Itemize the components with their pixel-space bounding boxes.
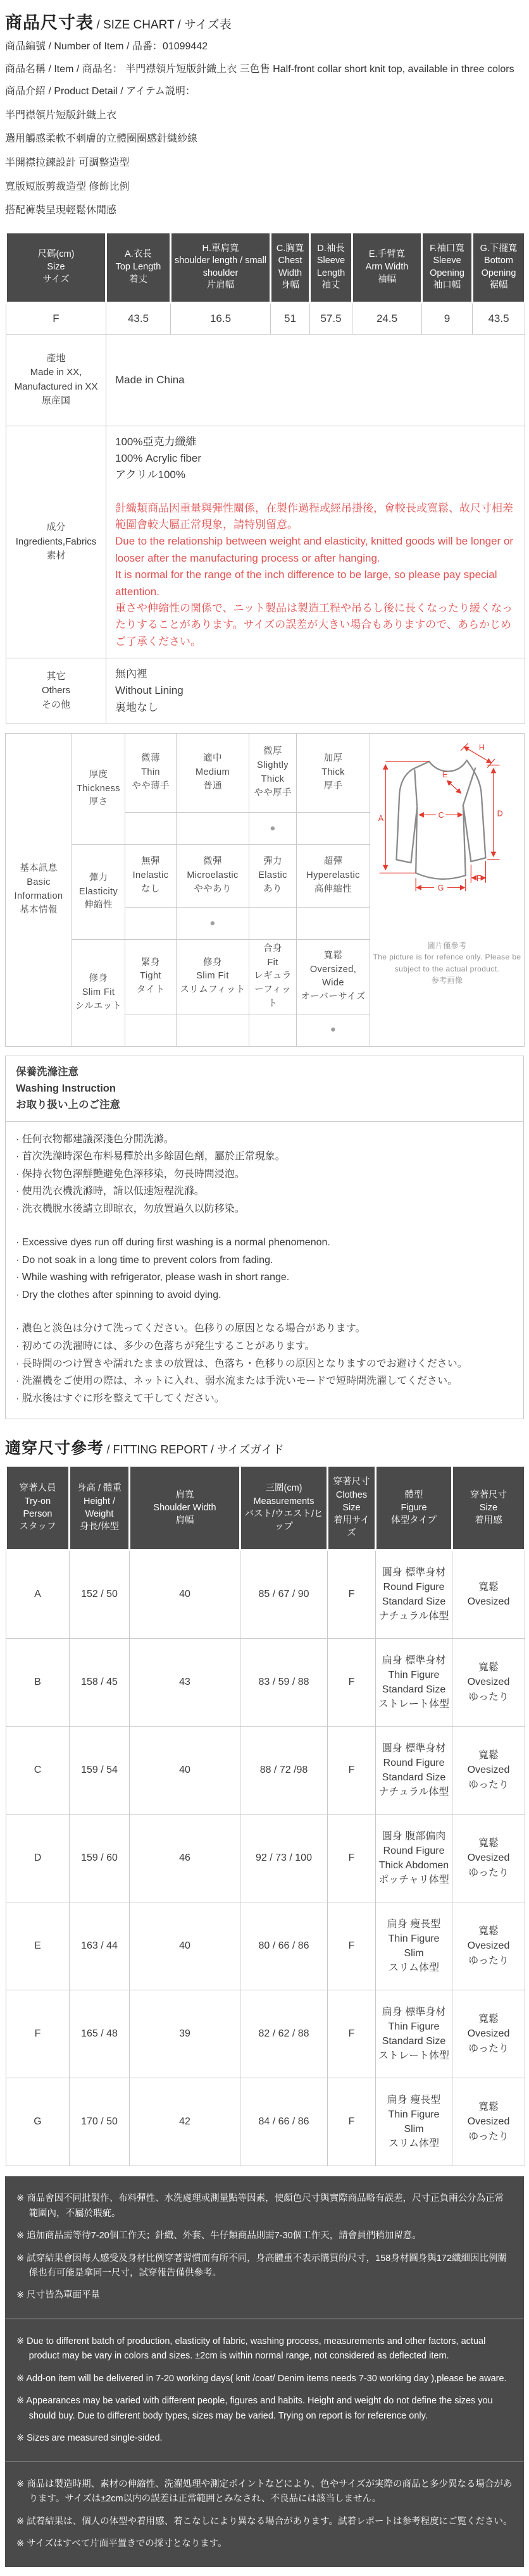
fitting-cell: 扁身 標準身材 Thin Figure Standard Size ストレート体… [376, 1639, 452, 1727]
measure-letter-h: H [478, 743, 484, 752]
footer-note: ※ 尺寸皆為單面平量 [16, 2288, 513, 2303]
silhouette-option-slim: 修身 Slim Fit スリムフィット [177, 939, 249, 1014]
fitting-cell: 159 / 54 [70, 1727, 130, 1815]
fitting-header-person: 穿著人員 Try-on Person スタッフ [6, 1466, 70, 1550]
washing-instructions-box: 保養洗滌注意 Washing Instruction お取り扱い上のご注意 · … [5, 1056, 524, 1419]
fitting-cell: 84 / 66 / 86 [240, 2078, 328, 2166]
size-value-chest: 51 [271, 302, 310, 334]
silhouette-dot-oversized: ● [297, 1014, 370, 1046]
product-detail-heading: 商品介紹 / Product Detail / アイテム説明： [5, 81, 524, 102]
size-value-size: F [6, 302, 106, 334]
page-title-translations: / SIZE CHART / サイズ表 [96, 18, 231, 32]
footer-note: ※ 商品は製造時期、素材の伸縮性、洗濯処理や測定ポイントなどにより、色やサイズが… [16, 2477, 513, 2507]
fitting-cell: 40 [130, 1550, 240, 1639]
fitting-cell: F [328, 1727, 376, 1815]
size-value-row: F 43.5 16.5 51 57.5 24.5 9 43.5 [6, 302, 525, 334]
fitting-header-measurements: 三圍(cm) Measurements バスト/ウエスト/ヒップ [240, 1466, 328, 1550]
measure-letter-e: E [442, 770, 448, 779]
elasticity-option-elastic: 彈力 Elastic あり [249, 844, 297, 907]
item-name-line: 商品名稱 / Item / 商品名： 半門襟領片短版針織上衣 三色售 Half-… [5, 59, 524, 80]
fitting-row-c: C 159 / 54 40 88 / 72 /98 F 圓身 標準身材 Roun… [6, 1727, 525, 1815]
fitting-cell: 寬鬆 Ovesized ゆったり [452, 2078, 525, 2166]
fitting-cell: 寬鬆 Ovesized ゆったり [452, 1902, 525, 1990]
footer-note: ※ Sizes are measured single-sided. [16, 2431, 513, 2446]
size-header-arm-width: E.手臂寬 Arm Width 袖幅 [352, 232, 422, 302]
fitting-header-clothes-size: 穿著尺寸 Clothes Size 着用サイズ [328, 1466, 376, 1550]
elasticity-label-cell: 彈力 Elasticity 伸縮性 [72, 844, 125, 939]
fabric-warning: 針織類商品因重量與彈性關係，在製作過程或經吊掛後，會較長或寬鬆、故尺寸相差範圍會… [115, 500, 516, 650]
fitting-cell: 39 [130, 1990, 240, 2078]
origin-label-cell: 產地 Made in XX, Manufactured in XX 原産国 [6, 334, 106, 426]
elasticity-dot-microelastic: ● [177, 907, 249, 939]
fitting-cell: 寬鬆 Ovesized ゆったり [452, 1727, 525, 1815]
fitting-cell: F [328, 1902, 376, 1990]
size-chart-page: 商品尺寸表 / SIZE CHART / サイズ表 商品編號 / Number … [0, 0, 529, 2576]
fitting-cell: G [6, 2078, 70, 2166]
washing-title: 保養洗滌注意 Washing Instruction お取り扱い上のご注意 [6, 1056, 523, 1122]
fitting-cell: 163 / 44 [70, 1902, 130, 1990]
others-value-cell: 無內裡 Without Lining 裏地なし [106, 658, 525, 724]
size-table-header-row: 尺碼(cm) Size サイズ A.衣長 Top Length 着丈 H.單肩寬… [6, 232, 525, 302]
fitting-cell: F [328, 2078, 376, 2166]
silhouette-dot-fit [249, 1014, 297, 1046]
footer-note: ※ サイズはすべて片面平置きでの採寸となります。 [16, 2537, 513, 2551]
fitting-cell: 80 / 66 / 86 [240, 1902, 328, 1990]
fitting-cell: 40 [130, 1902, 240, 1990]
size-header-shoulder: H.單肩寬 shoulder length / small shoulder 片… [171, 232, 271, 302]
fitting-cell: 42 [130, 2078, 240, 2166]
fitting-cell: 83 / 59 / 88 [240, 1639, 328, 1727]
silhouette-option-oversized: 寬鬆 Oversized, Wide オーバーサイズ [297, 939, 370, 1014]
fitting-cell: 寬鬆 Ovesized [452, 1550, 525, 1639]
fitting-cell: 85 / 67 / 90 [240, 1550, 328, 1639]
fitting-cell: 扁身 標準身材 Thin Figure Standard Size ストレート体… [376, 1990, 452, 2078]
others-label-cell: 其它 Others その他 [6, 658, 106, 724]
fitting-cell: 43 [130, 1639, 240, 1727]
fitting-header-height-weight: 身高 / 體重 Height / Weight 身長/体型 [70, 1466, 130, 1550]
fitting-cell: C [6, 1727, 70, 1815]
measure-letter-a: A [378, 814, 383, 823]
fitting-cell: 圓身 腹部偏肉 Round Figure Thick Abdomen ポッチャリ… [376, 1815, 452, 1902]
footer-notes-zh: ※ 商品會因不同批製作、布料彈性、水洗處理或測量點等因素，使顏色尺寸與實際商品略… [5, 2176, 524, 2319]
fitting-table: 穿著人員 Try-on Person スタッフ 身高 / 體重 Height /… [5, 1465, 526, 2166]
product-detail-lines: 半門襟領片短版針織上衣 選用觸感柔軟不刺膚的立體圈圈感針織紗線 半開襟拉鍊設計 … [5, 104, 524, 223]
size-header-sleeve-length: D.袖長 Sleeve Length 袖丈 [310, 232, 352, 302]
fitting-cell: 158 / 45 [70, 1639, 130, 1727]
size-header-size: 尺碼(cm) Size サイズ [6, 232, 106, 302]
fitting-cell: 扁身 瘦長型 Thin Figure Slim スリム体型 [376, 1902, 452, 1990]
fitting-cell: 152 / 50 [70, 1550, 130, 1639]
thickness-dot-medium [177, 812, 249, 844]
thickness-option-thin: 微薄 Thin やや薄手 [125, 733, 177, 812]
fitting-row-f: F 165 / 48 39 82 / 62 / 88 F 扁身 標準身材 Thi… [6, 1990, 525, 2078]
thickness-dot-thick [297, 812, 370, 844]
washing-body: · 任何衣物都建議深淺色分開洗滌。 · 首次洗滌時深色布料易釋於出多餘固色劑，屬… [6, 1122, 523, 1419]
fitting-cell: F [328, 1815, 376, 1902]
fitting-report-header: 適穿尺寸參考 / FITTING REPORT / サイズガイド [5, 1436, 524, 1458]
washing-notes-en: · Excessive dyes run off during first wa… [16, 1234, 513, 1303]
silhouette-dot-slim [177, 1014, 249, 1046]
silhouette-option-fit: 合身 Fit レギュラーフィット [249, 939, 297, 1014]
silhouette-dot-tight [125, 1014, 177, 1046]
elasticity-dot-elastic [249, 907, 297, 939]
fabric-composition: 100%亞克力纖維 100% Acrylic fiber アクリル100% [115, 434, 516, 484]
size-value-shoulder: 16.5 [171, 302, 271, 334]
elasticity-dot-hyperelastic [297, 907, 370, 939]
garment-diagram-cell: A H E C D G F 圖片僅參考 The picture is for r… [370, 733, 525, 1046]
fitting-cell: 159 / 60 [70, 1815, 130, 1902]
washing-notes-jp: · 濃色と淡色は分けて洗ってください。色移りの原因となる場合があります。 · 初… [16, 1320, 513, 1407]
size-value-sleeve-length: 57.5 [310, 302, 352, 334]
fitting-title-translations: / FITTING REPORT / サイズガイド [106, 1443, 283, 1456]
thickness-option-medium: 適中 Medium 普通 [177, 733, 249, 812]
fitting-cell: D [6, 1815, 70, 1902]
thickness-option-thick: 加厚 Thick 厚手 [297, 733, 370, 812]
measure-letter-g: G [437, 884, 444, 892]
fitting-header-size-feel: 穿著尺寸 Size 着用感 [452, 1466, 525, 1550]
fitting-cell: 170 / 50 [70, 2078, 130, 2166]
fitting-row-d: D 159 / 60 46 92 / 73 / 100 F 圓身 腹部偏肉 Ro… [6, 1815, 525, 1902]
fitting-cell: 40 [130, 1727, 240, 1815]
page-header: 商品尺寸表 / SIZE CHART / サイズ表 [5, 9, 524, 34]
measure-letter-d: D [497, 809, 502, 818]
thickness-option-slightly-thick: 微厚 Slightly Thick やや厚手 [249, 733, 297, 812]
fitting-cell: 扁身 瘦長型 Thin Figure Slim スリム体型 [376, 2078, 452, 2166]
fitting-cell: 圓身 標準身材 Round Figure Standard Size ナチュラル… [376, 1550, 452, 1639]
footer-note: ※ Add-on item will be delivered in 7-20 … [16, 2372, 513, 2386]
origin-row: 產地 Made in XX, Manufactured in XX 原産国 Ma… [6, 334, 525, 426]
size-value-arm-width: 24.5 [352, 302, 422, 334]
size-header-sleeve-opening: F.袖口寬 Sleeve Opening 袖口幅 [422, 232, 473, 302]
item-number-line: 商品編號 / Number of Item / 品番：01099442 [5, 36, 524, 58]
elasticity-option-hyperelastic: 超彈 Hyperelastic 高伸縮性 [297, 844, 370, 907]
fitting-row-g: G 170 / 50 42 84 / 66 / 86 F 扁身 瘦長型 Thin… [6, 2078, 525, 2166]
fitting-header-figure: 體型 Figure 体型タイプ [376, 1466, 452, 1550]
fabric-row: 成分 Ingredients,Fabrics 素材 100%亞克力纖維 100%… [6, 426, 525, 658]
size-header-chest: C.胸寬 Chest Width 身幅 [271, 232, 310, 302]
fitting-cell: F [328, 1639, 376, 1727]
size-table: 尺碼(cm) Size サイズ A.衣長 Top Length 着丈 H.單肩寬… [5, 231, 526, 724]
footer-note: ※ 試着結果は、個人の体型や着用感、着こなしにより異なる場合があります。試着レポ… [16, 2515, 513, 2529]
footer-notes-en: ※ Due to different batch of production, … [5, 2319, 524, 2462]
elasticity-option-microelastic: 微彈 Microelastic ややあり [177, 844, 249, 907]
size-value-bottom-opening: 43.5 [473, 302, 525, 334]
fitting-cell: F [328, 1550, 376, 1639]
washing-notes-zh: · 任何衣物都建議深淺色分開洗滌。 · 首次洗滌時深色布料易釋於出多餘固色劑，屬… [16, 1131, 513, 1218]
fitting-cell: 寬鬆 Ovesized ゆったり [452, 1815, 525, 1902]
origin-value-cell: Made in China [106, 334, 525, 426]
garment-measurement-diagram: A H E C D G F [375, 740, 520, 930]
fabric-value-cell: 100%亞克力纖維 100% Acrylic fiber アクリル100% 針織… [106, 426, 525, 658]
fitting-cell: 46 [130, 1815, 240, 1902]
elasticity-option-inelastic: 無彈 Inelastic なし [125, 844, 177, 907]
fitting-cell: A [6, 1550, 70, 1639]
footer-note: ※ 試穿結果會因每人感受及身材比例穿著習慣而有所不同，身高體重不表示購買的尺寸，… [16, 2252, 513, 2281]
thickness-dot-slightly-thick: ● [249, 812, 297, 844]
fitting-row-b: B 158 / 45 43 83 / 59 / 88 F 扁身 標準身材 Thi… [6, 1639, 525, 1727]
fitting-cell: 82 / 62 / 88 [240, 1990, 328, 2078]
fitting-row-a: A 152 / 50 40 85 / 67 / 90 F 圓身 標準身材 Rou… [6, 1550, 525, 1639]
fitting-header-row: 穿著人員 Try-on Person スタッフ 身高 / 體重 Height /… [6, 1466, 525, 1550]
others-row: 其它 Others その他 無內裡 Without Lining 裏地なし [6, 658, 525, 724]
footer-note: ※ 商品會因不同批製作、布料彈性、水洗處理或測量點等因素，使顏色尺寸與實際商品略… [16, 2191, 513, 2221]
footer-notes: ※ 商品會因不同批製作、布料彈性、水洗處理或測量點等因素，使顏色尺寸與實際商品略… [5, 2176, 524, 2567]
footer-note: ※ 追加商品需等待7-20個工作天；針織、外套、牛仔類商品則需7-30個工作天，… [16, 2229, 513, 2243]
fabric-label-cell: 成分 Ingredients,Fabrics 素材 [6, 426, 106, 658]
thickness-options-row: 基本訊息 Basic Information 基本情報 厚度 Thickness… [6, 733, 525, 812]
diagram-caption: 圖片僅參考 The picture is for refence only. P… [373, 940, 521, 987]
fitting-cell: 88 / 72 /98 [240, 1727, 328, 1815]
silhouette-option-tight: 緊身 Tight タイト [125, 939, 177, 1014]
footer-note: ※ Due to different batch of production, … [16, 2334, 513, 2364]
page-title: 商品尺寸表 [5, 13, 94, 32]
thickness-label-cell: 厚度 Thickness 厚さ [72, 733, 125, 844]
fitting-cell: 圓身 標準身材 Round Figure Standard Size ナチュラル… [376, 1727, 452, 1815]
fitting-cell: 寬鬆 Ovesized ゆったり [452, 1990, 525, 2078]
fitting-cell: B [6, 1639, 70, 1727]
fitting-cell: F [6, 1990, 70, 2078]
fitting-cell: 92 / 73 / 100 [240, 1815, 328, 1902]
fitting-cell: 165 / 48 [70, 1990, 130, 2078]
basic-info-table: 基本訊息 Basic Information 基本情報 厚度 Thickness… [5, 733, 525, 1047]
size-value-sleeve-opening: 9 [422, 302, 473, 334]
measure-letter-c: C [438, 811, 444, 820]
fitting-title: 適穿尺寸參考 [5, 1439, 104, 1457]
fitting-cell: 寬鬆 Ovesized ゆったり [452, 1639, 525, 1727]
measure-letter-f: F [476, 874, 482, 883]
footer-note: ※ Appearances may be varied with differe… [16, 2394, 513, 2424]
fitting-header-shoulder-width: 肩寬 Shoulder Width 肩幅 [130, 1466, 240, 1550]
thickness-dot-thin [125, 812, 177, 844]
silhouette-label-cell: 修身 Slim Fit シルエット [72, 939, 125, 1046]
fitting-cell: F [328, 1990, 376, 2078]
elasticity-dot-inelastic [125, 907, 177, 939]
basic-info-label-cell: 基本訊息 Basic Information 基本情報 [6, 733, 72, 1046]
footer-notes-jp: ※ 商品は製造時期、素材の伸縮性、洗濯処理や測定ポイントなどにより、色やサイズが… [5, 2462, 524, 2567]
size-header-top-length: A.衣長 Top Length 着丈 [106, 232, 171, 302]
size-value-top-length: 43.5 [106, 302, 171, 334]
size-header-bottom-opening: G.下擺寬 Bottom Opening 裾幅 [473, 232, 525, 302]
fitting-row-e: E 163 / 44 40 80 / 66 / 86 F 扁身 瘦長型 Thin… [6, 1902, 525, 1990]
fitting-cell: E [6, 1902, 70, 1990]
